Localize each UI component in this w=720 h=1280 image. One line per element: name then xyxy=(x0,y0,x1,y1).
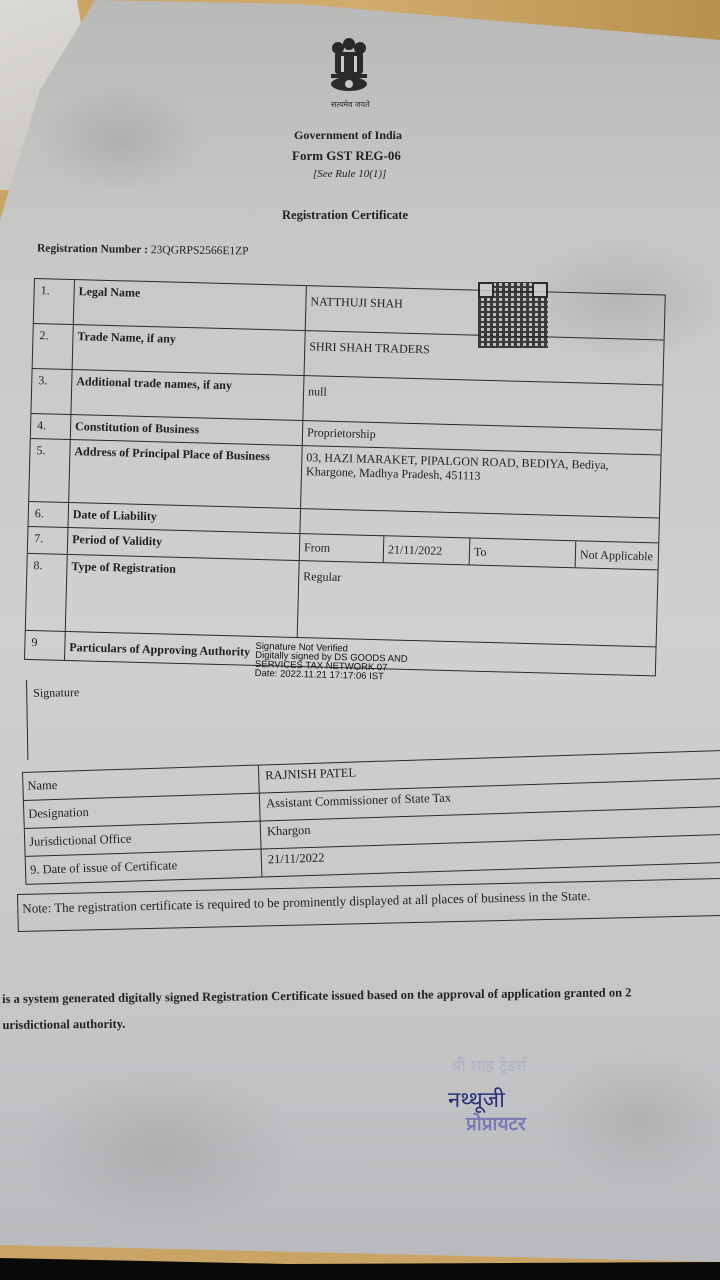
registration-details-table: 1. Legal Name NATTHUJI SHAH 2. Trade Nam… xyxy=(24,278,666,676)
registration-type-value: Regular xyxy=(298,561,658,646)
row-number: 3. xyxy=(31,369,72,414)
address-value: 03, HAZI MARAKET, PIPALGON ROAD, BEDIYA,… xyxy=(301,446,661,517)
row-label: Trade Name, if any xyxy=(73,325,306,375)
signature-label: Signature xyxy=(33,685,79,701)
dark-edge xyxy=(0,1258,720,1280)
certificate-title: Registration Certificate xyxy=(282,208,408,223)
header-government: Government of India xyxy=(294,128,402,143)
row-number: 9 xyxy=(25,631,66,660)
row-label: Type of Registration xyxy=(66,555,300,637)
approving-authority-table: Name RAJNISH PATEL Designation Assistant… xyxy=(22,750,720,885)
faded-stamp-text: श्री शाह ट्रेडर्स xyxy=(450,1054,527,1076)
signature-area: Signature xyxy=(26,668,720,760)
from-label: From xyxy=(300,534,385,562)
row-number: 6. xyxy=(29,502,70,527)
system-generated-notice: is a system generated digitally signed R… xyxy=(2,978,720,1038)
row-number: 1. xyxy=(34,279,75,324)
to-label: To xyxy=(470,539,577,568)
qr-code xyxy=(478,282,548,348)
row-number: 4. xyxy=(31,414,72,439)
header-form-name: Form GST REG-06 xyxy=(292,148,401,164)
row-number: 2. xyxy=(33,324,74,369)
header-rule: [See Rule 10(1)] xyxy=(313,168,386,180)
valid-to-value: Not Applicable xyxy=(576,541,659,569)
row-number: 8. xyxy=(26,554,68,631)
valid-from-value: 21/11/2022 xyxy=(384,536,471,564)
emblem-motto: सत्यमेव जयते xyxy=(331,99,370,110)
row-number: 7. xyxy=(28,527,69,554)
row-number: 5. xyxy=(29,439,71,502)
registration-number-label: Registration Number : xyxy=(37,243,148,257)
additional-trade-names-value: null xyxy=(303,376,662,429)
row-label: Legal Name xyxy=(74,280,307,330)
row-label: Additional trade names, if any xyxy=(71,370,304,420)
registration-number-value: 23QGRPS2566E1ZP xyxy=(151,244,249,257)
ashoka-emblem-icon xyxy=(326,36,372,98)
proprietor-stamp: प्रोप्रायटर xyxy=(466,1110,526,1136)
row-label: Particulars of Approving Authority xyxy=(65,632,254,665)
row-label: Address of Principal Place of Business xyxy=(69,440,303,508)
